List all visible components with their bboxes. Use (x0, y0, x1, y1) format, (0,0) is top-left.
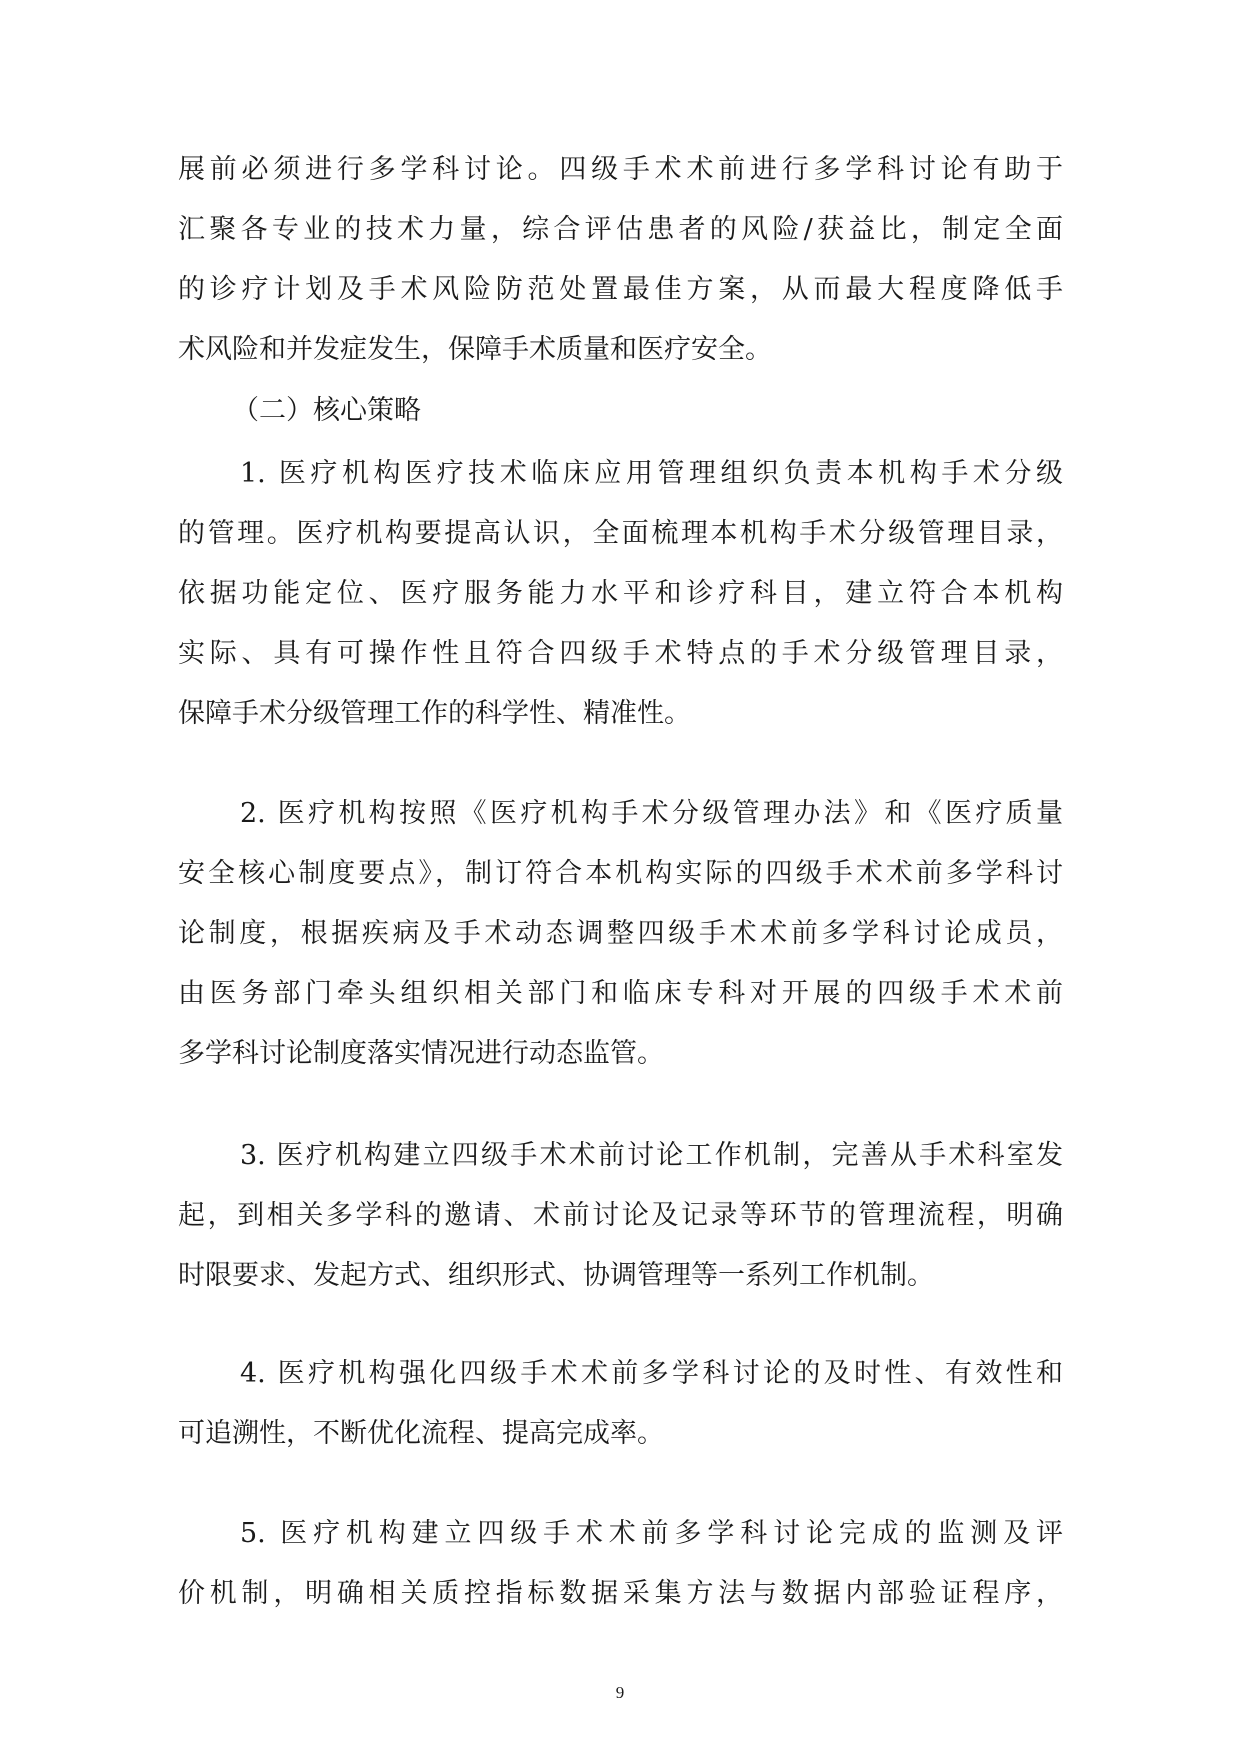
text-line: 术风险和并发症发生，保障手术质量和医疗安全。 (178, 332, 1063, 368)
text-line: 1. 医疗机构医疗技术临床应用管理组织负责本机构手术分级 (240, 456, 1063, 492)
text-line: 5. 医疗机构建立四级手术术前多学科讨论完成的监测及评 (240, 1516, 1063, 1552)
text-line: 的管理。医疗机构要提高认识，全面梳理本机构手术分级管理目录， (178, 516, 1063, 552)
text-line: 展前必须进行多学科讨论。四级手术术前进行多学科讨论有助于 (178, 152, 1063, 188)
text-line: 安全核心制度要点》，制订符合本机构实际的四级手术术前多学科讨 (178, 856, 1063, 892)
text-line: 价机制，明确相关质控指标数据采集方法与数据内部验证程序， (178, 1576, 1063, 1612)
text-line: 保障手术分级管理工作的科学性、精准性。 (178, 696, 1063, 732)
text-line: 多学科讨论制度落实情况进行动态监管。 (178, 1036, 1063, 1072)
text-line: 汇聚各专业的技术力量，综合评估患者的风险/获益比，制定全面 (178, 212, 1063, 248)
document-page: 展前必须进行多学科讨论。四级手术术前进行多学科讨论有助于 汇聚各专业的技术力量，… (0, 0, 1240, 1754)
text-line: 时限要求、发起方式、组织形式、协调管理等一系列工作机制。 (178, 1258, 1063, 1294)
text-line: 4. 医疗机构强化四级手术术前多学科讨论的及时性、有效性和 (240, 1356, 1063, 1392)
text-line: 的诊疗计划及手术风险防范处置最佳方案，从而最大程度降低手 (178, 272, 1063, 308)
text-line: 由医务部门牵头组织相关部门和临床专科对开展的四级手术术前 (178, 976, 1063, 1012)
text-line: 可追溯性，不断优化流程、提高完成率。 (178, 1416, 1063, 1452)
text-line: 论制度，根据疾病及手术动态调整四级手术术前多学科讨论成员， (178, 916, 1063, 952)
text-line: 3. 医疗机构建立四级手术术前讨论工作机制，完善从手术科室发 (240, 1138, 1063, 1174)
text-line: 2. 医疗机构按照《医疗机构手术分级管理办法》和《医疗质量 (240, 796, 1063, 832)
section-heading: （二）核心策略 (232, 393, 421, 429)
text-line: 实际、具有可操作性且符合四级手术特点的手术分级管理目录， (178, 636, 1063, 672)
page-number: 9 (0, 1683, 1240, 1703)
text-line: 起，到相关多学科的邀请、术前讨论及记录等环节的管理流程，明确 (178, 1198, 1063, 1234)
text-line: 依据功能定位、医疗服务能力水平和诊疗科目，建立符合本机构 (178, 576, 1063, 612)
